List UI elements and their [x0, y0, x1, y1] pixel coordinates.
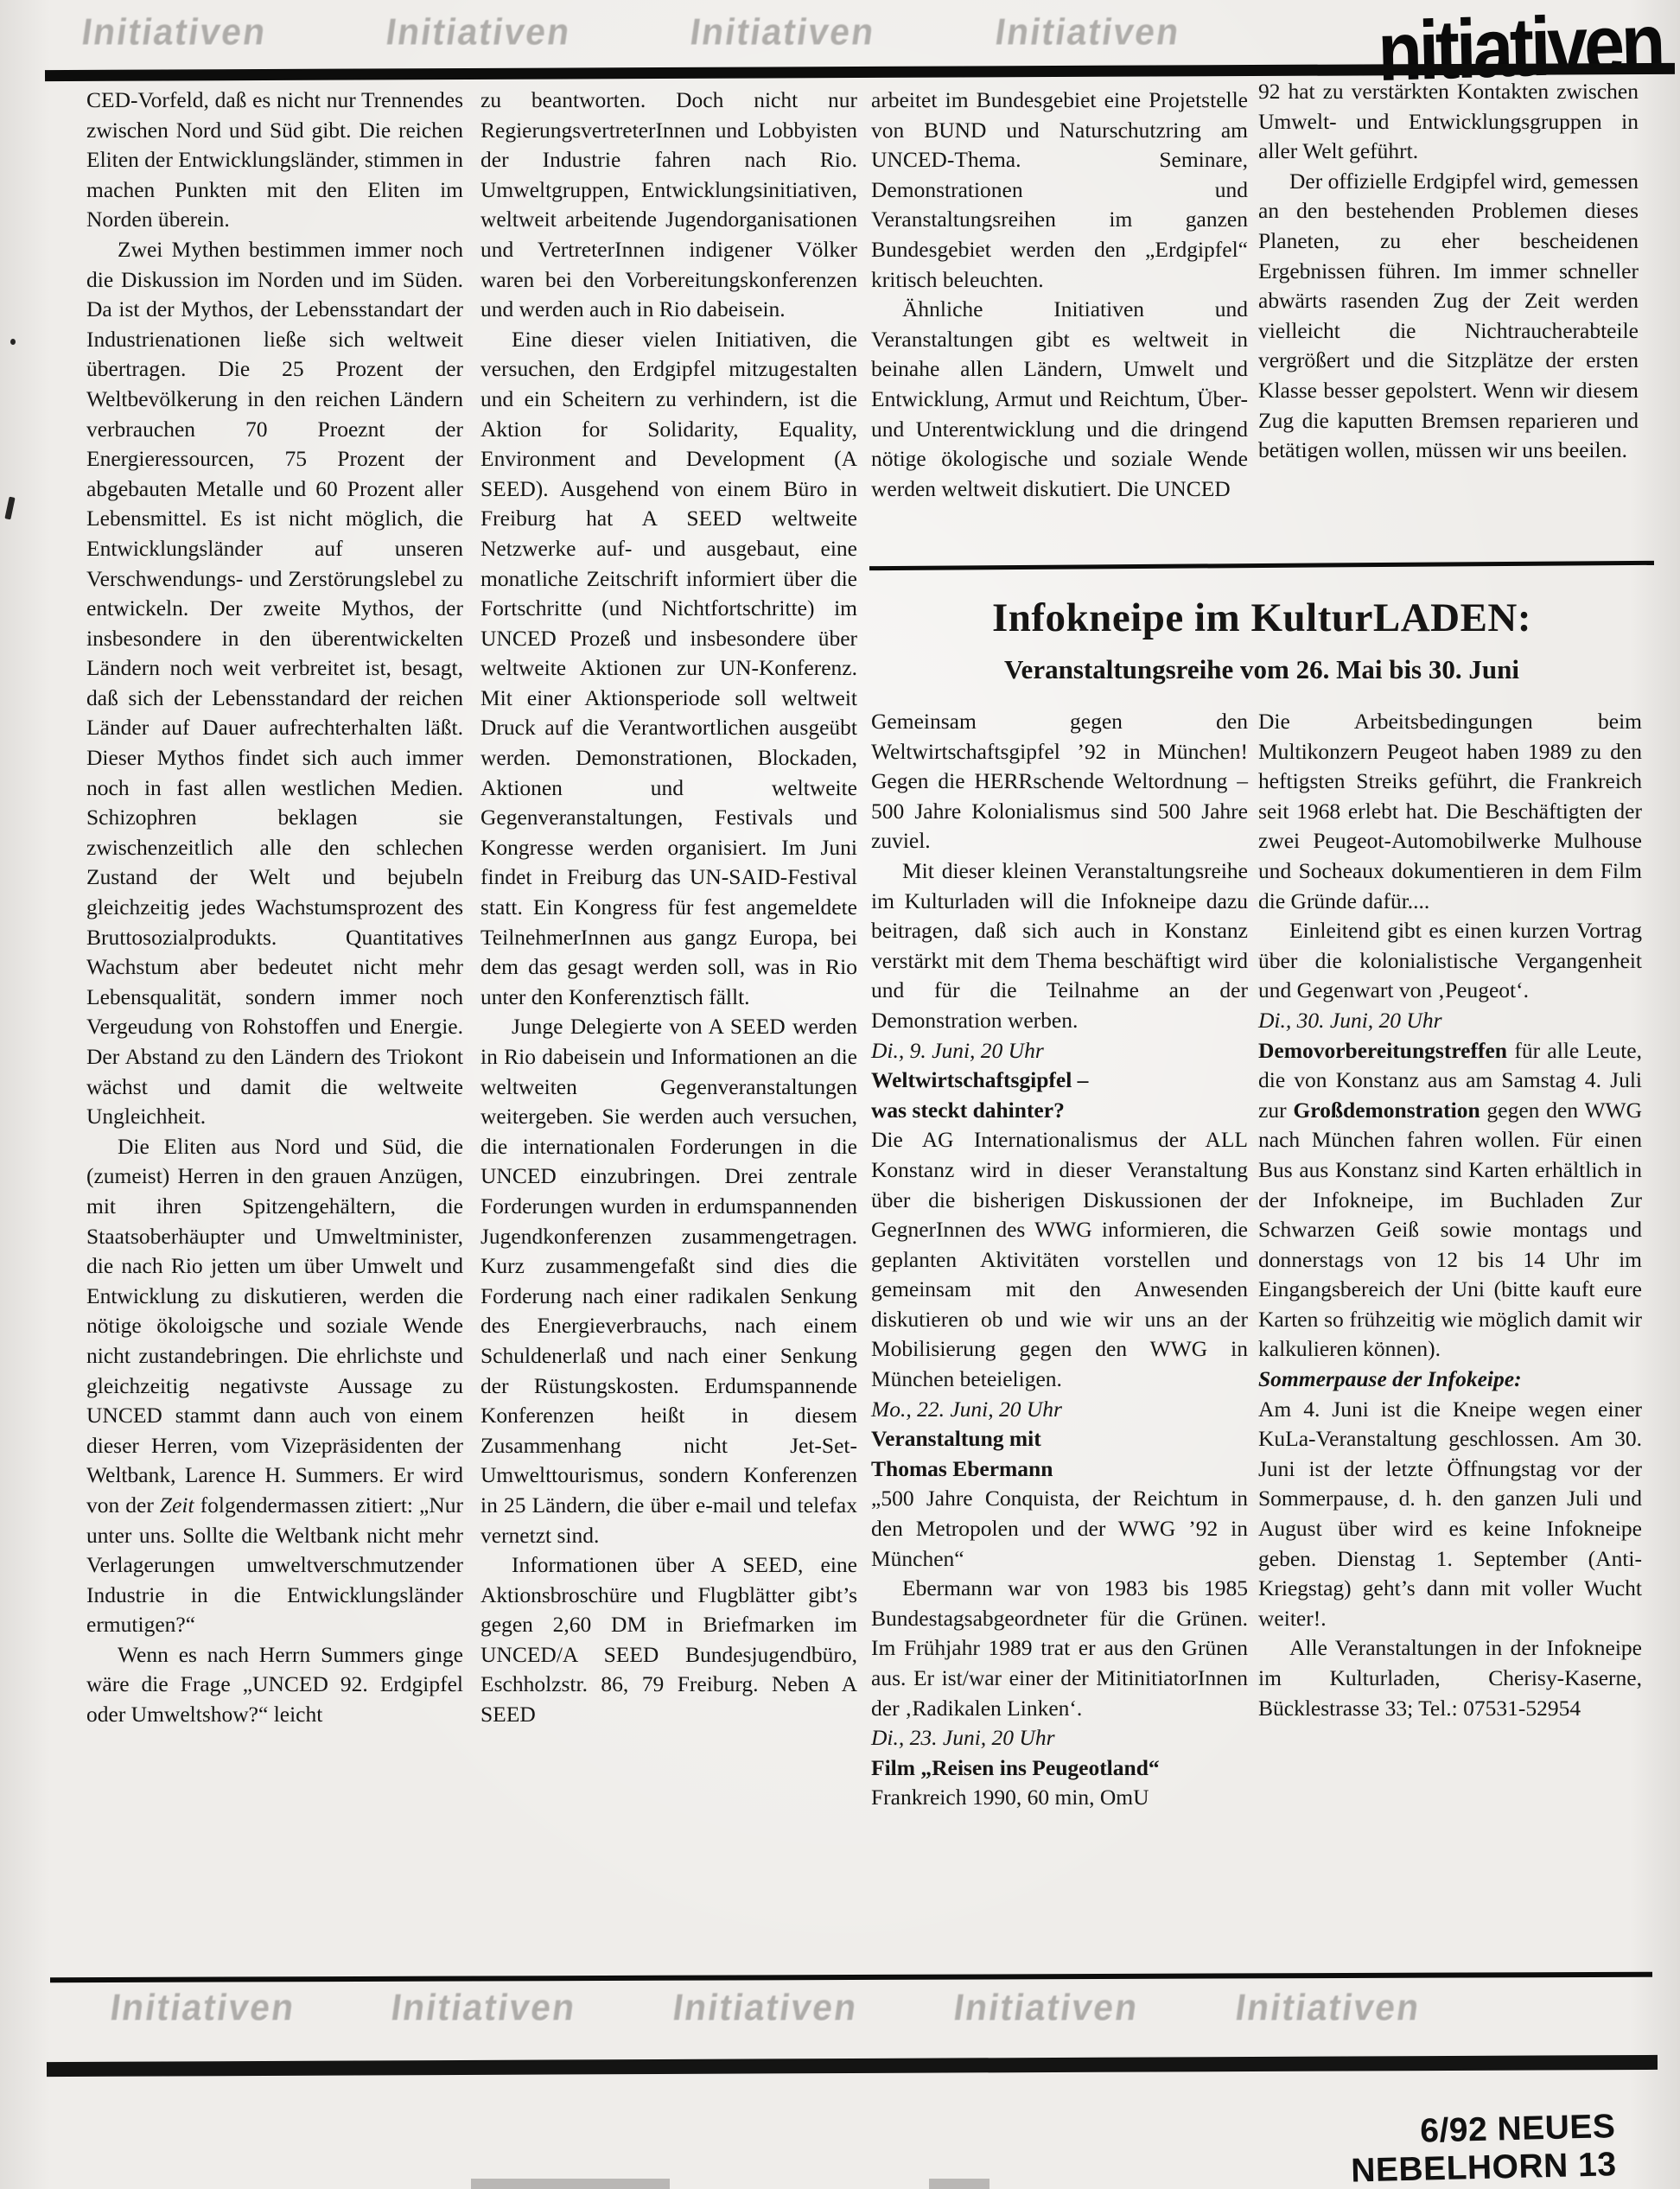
text-run: Die Eliten aus Nord und Süd, die (zumeis…: [86, 1134, 463, 1518]
watermark-text: Initiativen: [384, 11, 574, 54]
paragraph: Weltwirtschaftsgipfel – was steckt dahin…: [871, 1066, 1248, 1125]
paragraph: Alle Veranstaltungen in der Infokneipe i…: [1258, 1633, 1642, 1723]
paragraph: Die AG Internationalismus der ALL Konsta…: [871, 1125, 1248, 1394]
article-column-2: zu beantworten. Doch nicht nur Regierung…: [480, 86, 857, 1730]
masthead-logo: nitiativen: [1377, 0, 1663, 89]
paragraph: Gemeinsam gegen den Weltwirtschaftsgipfe…: [871, 707, 1248, 856]
paragraph: Junge Delegierte von A SEED werden in Ri…: [480, 1012, 857, 1550]
paragraph: Di., 30. Juni, 20 Uhr: [1258, 1006, 1642, 1036]
issue-line: 6/92 NEUES NEBELHORN 13: [1200, 2108, 1617, 2189]
paragraph: Mo., 22. Juni, 20 Uhr: [871, 1395, 1248, 1425]
paragraph: Am 4. Juni ist die Kneipe wegen einer Ku…: [1258, 1395, 1642, 1634]
paragraph: Veranstaltung mit Thomas Ebermann: [871, 1424, 1248, 1484]
paragraph: Zwei Mythen bestimmen immer noch die Dis…: [86, 235, 463, 1132]
article-column-1: CED-Vorfeld, daß es nicht nur Trennendes…: [86, 86, 463, 1730]
scan-artifact: [929, 2179, 990, 2189]
emphasis-bold: Demovorbereitungstreffen: [1258, 1038, 1507, 1063]
emphasis-bold: Großdemonstration: [1293, 1098, 1480, 1123]
footer-watermark-row: InitiativenInitiativenInitiativenInitiat…: [111, 1988, 1420, 2028]
watermark-text: Initiativen: [951, 1987, 1142, 2029]
watermark-text: Initiativen: [670, 1987, 860, 2029]
watermark-text: Initiativen: [389, 1987, 579, 2029]
paragraph: Film „Reisen ins Peugeotland“: [871, 1753, 1248, 1784]
text-run: gegen den WWG nach München fahren wollen…: [1258, 1098, 1642, 1362]
paragraph: Frankreich 1990, 60 min, OmU: [871, 1783, 1248, 1813]
article-column-4: 92 hat zu verstärkten Kontakten zwischen…: [1258, 77, 1639, 466]
paragraph: Der offizielle Erdgipfel wird, gemessen …: [1258, 167, 1639, 466]
paragraph: Informationen über A SEED, eine Aktionsb…: [480, 1550, 857, 1730]
paragraph: CED-Vorfeld, daß es nicht nur Trennendes…: [86, 86, 463, 235]
paragraph: 92 hat zu verstärkten Kontakten zwischen…: [1258, 77, 1639, 167]
scanned-magazine-page: InitiativenInitiativenInitiativenInitiat…: [0, 0, 1680, 2189]
scan-artifact: [471, 2179, 670, 2189]
paragraph: Sommerpause der Infokeipe:: [1258, 1365, 1642, 1395]
bottom-thick-rule: [47, 2055, 1658, 2077]
paragraph: Ähnliche Initiativen und Veranstaltungen…: [871, 295, 1248, 504]
paragraph: Demovorbereitungstreffen für alle Leute,…: [1258, 1036, 1642, 1365]
paragraph: Di., 23. Juni, 20 Uhr: [871, 1723, 1248, 1753]
paragraph: Die Arbeitsbedingungen beim Multikonzern…: [1258, 707, 1642, 916]
event-box-column-right: Die Arbeitsbedingungen beim Multikonzern…: [1258, 707, 1642, 1723]
event-box-subtitle: Veranstaltungsreihe vom 26. Mai bis 30. …: [869, 654, 1654, 685]
paragraph: zu beantworten. Doch nicht nur Regierung…: [480, 86, 857, 325]
paragraph: Mit dieser kleinen Veranstaltungsreihe i…: [871, 856, 1248, 1036]
emphasis-italic: Zeit: [160, 1492, 194, 1518]
watermark-text: Initiativen: [1232, 1987, 1422, 2029]
event-box-top-rule: [869, 561, 1654, 570]
header-watermark-row: InitiativenInitiativenInitiativenInitiat…: [82, 12, 1180, 53]
watermark-text: Initiativen: [992, 11, 1182, 54]
scan-artifact: [4, 497, 15, 520]
paragraph: „500 Jahre Conquista, der Reichtum in de…: [871, 1484, 1248, 1574]
watermark-text: Initiativen: [688, 11, 878, 54]
paragraph: Ebermann war von 1983 bis 1985 Bundestag…: [871, 1574, 1248, 1723]
watermark-text: Initiativen: [80, 11, 270, 54]
paragraph: Eine dieser vielen Initiativen, die vers…: [480, 325, 857, 1013]
paragraph: Die Eliten aus Nord und Süd, die (zumeis…: [86, 1132, 463, 1640]
paragraph: Wenn es nach Herrn Summers ginge wäre di…: [86, 1640, 463, 1730]
article-column-3: arbeitet im Bundesgebiet eine Projetstel…: [871, 86, 1248, 504]
paragraph: arbeitet im Bundesgebiet eine Projetstel…: [871, 86, 1248, 295]
bottom-thin-rule: [50, 1972, 1652, 1982]
event-box-column-left: Gemeinsam gegen den Weltwirtschaftsgipfe…: [871, 707, 1248, 1813]
event-box-title: Infokneipe im KulturLADEN:: [869, 595, 1654, 641]
paragraph: Einleitend gibt es einen kurzen Vortrag …: [1258, 916, 1642, 1006]
watermark-text: Initiativen: [108, 1987, 298, 2029]
scan-artifact: [10, 339, 16, 345]
paragraph: Di., 9. Juni, 20 Uhr: [871, 1036, 1248, 1066]
